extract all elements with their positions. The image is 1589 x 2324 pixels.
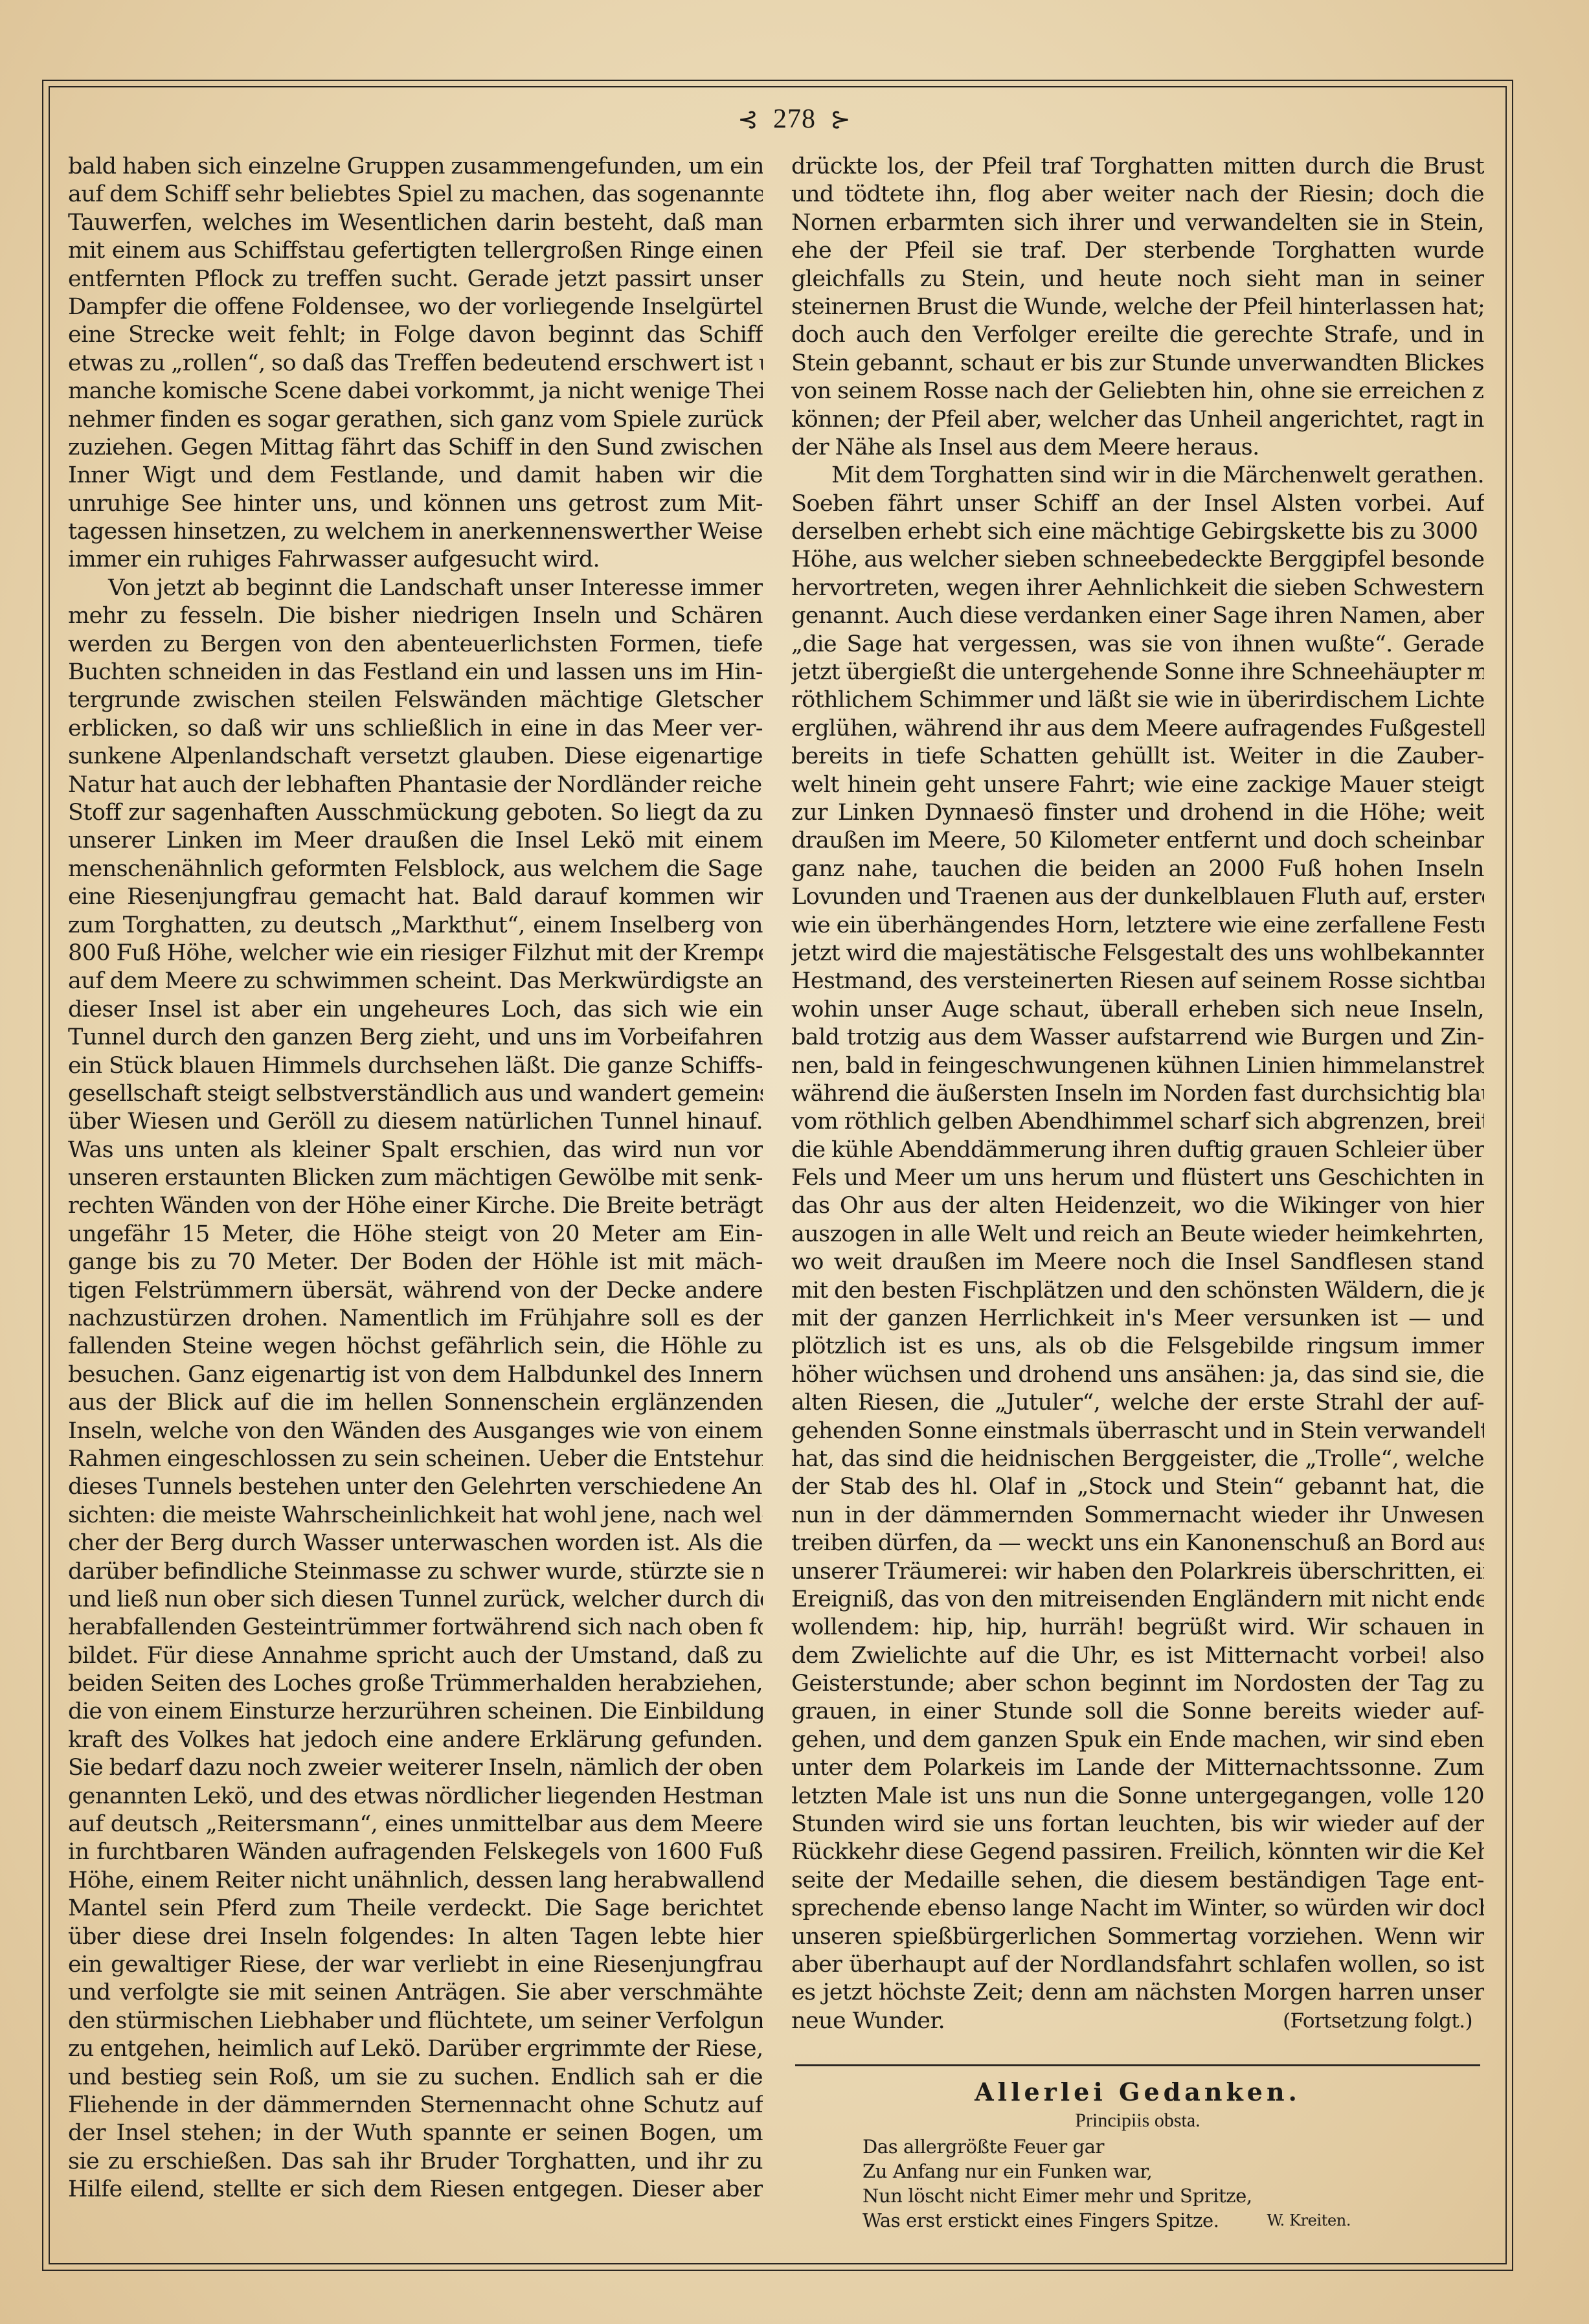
text-line: der Nähe als Insel aus dem Meere heraus. bbox=[791, 434, 1484, 462]
text-line: nun in der dämmernden Sommernacht wieder… bbox=[791, 1502, 1484, 1529]
text-line: Inseln, welche von den Wänden des Ausgan… bbox=[68, 1417, 763, 1445]
text-line: sie zu erschießen. Das sah ihr Bruder To… bbox=[68, 2148, 763, 2176]
text-line: nehmer finden es sogar gerathen, sich ga… bbox=[68, 406, 763, 434]
article-ending: neue Wunder. (Fortsetzung folgt.) bbox=[791, 2007, 1484, 2035]
text-line: bald trotzig aus dem Wasser aufstarrend … bbox=[791, 1024, 1484, 1052]
text-line: Mit dem Torghatten sind wir in die Märch… bbox=[791, 462, 1484, 490]
text-line: mit der ganzen Herrlichkeit in's Meer ve… bbox=[791, 1305, 1484, 1333]
text-line: tigen Felstrümmern übersät, während von … bbox=[68, 1277, 763, 1305]
text-line: jetzt übergießt die untergehende Sonne i… bbox=[791, 659, 1484, 686]
text-line: ganz nahe, tauchen die beiden an 2000 Fu… bbox=[791, 855, 1484, 883]
text-line: Rahmen eingeschlossen zu sein scheinen. … bbox=[68, 1445, 763, 1473]
text-line: gange bis zu 70 Meter. Der Boden der Höh… bbox=[68, 1248, 763, 1276]
final-line: neue Wunder. bbox=[791, 2007, 945, 2035]
text-line: ungefähr 15 Meter, die Höhe steigt von 2… bbox=[68, 1221, 763, 1248]
left-column: bald haben sich einzelne Gruppen zusamme… bbox=[68, 153, 763, 2204]
text-line: ein Stück blauen Himmels durchsehen läßt… bbox=[68, 1052, 763, 1080]
text-line: wo weit draußen im Meere noch die Insel … bbox=[791, 1248, 1484, 1276]
text-line: Was uns unten als kleiner Spalt erschien… bbox=[68, 1136, 763, 1164]
right-column: drückte los, der Pfeil traf Torghatten m… bbox=[791, 153, 1484, 2035]
text-line: bald haben sich einzelne Gruppen zusamme… bbox=[68, 153, 763, 181]
text-line: grauen, in einer Stunde soll die Sonne b… bbox=[791, 1698, 1484, 1726]
text-line: nen, bald in feingeschwungenen kühnen Li… bbox=[791, 1052, 1484, 1080]
text-line: unserer Linken im Meer draußen die Insel… bbox=[68, 827, 763, 855]
text-line: ehe der Pfeil sie traf. Der sterbende To… bbox=[791, 237, 1484, 265]
text-line: und ließ nun ober sich diesen Tunnel zur… bbox=[68, 1586, 763, 1614]
poem-title: Principiis obsta. bbox=[791, 2110, 1484, 2132]
text-line: Ereigniß, das von den mitreisenden Englä… bbox=[791, 1586, 1484, 1614]
text-line: Stunden wird sie uns fortan leuchten, bi… bbox=[791, 1811, 1484, 1838]
text-line: Stoff zur sagenhaften Ausschmückung gebo… bbox=[68, 799, 763, 827]
text-line: in furchtbaren Wänden aufragenden Felske… bbox=[68, 1838, 763, 1866]
ornament-right-icon: ⊱ bbox=[830, 106, 851, 133]
text-line: zuziehen. Gegen Mittag fährt das Schiff … bbox=[68, 434, 763, 462]
text-line: hat, das sind die heidnischen Berggeiste… bbox=[791, 1445, 1484, 1473]
text-line: Natur hat auch der lebhaften Phantasie d… bbox=[68, 771, 763, 799]
text-line: über Wiesen und Geröll zu diesem natürli… bbox=[68, 1108, 763, 1136]
text-line: nachzustürzen drohen. Namentlich im Früh… bbox=[68, 1305, 763, 1333]
text-line: den stürmischen Liebhaber und flüchtete,… bbox=[68, 2007, 763, 2035]
text-line: die kühle Abenddämmerung ihren duftig gr… bbox=[791, 1136, 1484, 1164]
text-line: Tunnel durch den ganzen Berg zieht, und … bbox=[68, 1024, 763, 1052]
text-line: Höhe, aus welcher sieben schneebedeckte … bbox=[791, 546, 1484, 574]
poem-line: Zu Anfang nur ein Funken war, bbox=[862, 2159, 1478, 2183]
section-heading: Allerlei Gedanken. bbox=[791, 2077, 1484, 2106]
text-line: unseren erstaunten Blicken zum mächtigen… bbox=[68, 1164, 763, 1192]
text-line: herabfallenden Gesteintrümmer fortwähren… bbox=[68, 1614, 763, 1641]
text-line: gleichfalls zu Stein, und heute noch sie… bbox=[791, 265, 1484, 293]
text-line: Höhe, einem Reiter nicht unähnlich, dess… bbox=[68, 1867, 763, 1895]
text-line: ein gewaltiger Riese, der war verliebt i… bbox=[68, 1951, 763, 1979]
text-line: menschenähnlich geformten Felsblock, aus… bbox=[68, 855, 763, 883]
text-line: fallenden Steine wegen höchst gefährlich… bbox=[68, 1333, 763, 1360]
text-line: hervortreten, wegen ihrer Aehnlichkeit d… bbox=[791, 574, 1484, 602]
text-line: unseren spießbürgerlichen Sommertag vorz… bbox=[791, 1923, 1484, 1951]
poem-line: Was erst erstickt eines Fingers Spitze. bbox=[862, 2208, 1219, 2233]
text-line: jetzt wird die majestätische Felsgestalt… bbox=[791, 940, 1484, 967]
text-line: rechten Wänden von der Höhe einer Kirche… bbox=[68, 1192, 763, 1220]
text-line: Tauwerfen, welches im Wesentlichen darin… bbox=[68, 209, 763, 237]
text-line: mit einem aus Schiffstau gefertigten tel… bbox=[68, 237, 763, 265]
text-line: letzten Male ist uns nun die Sonne unter… bbox=[791, 1783, 1484, 1811]
text-line: kraft des Volkes hat jedoch eine andere … bbox=[68, 1726, 763, 1754]
text-line: eine Riesenjungfrau gemacht hat. Bald da… bbox=[68, 883, 763, 911]
text-line: Geisterstunde; aber schon beginnt im Nor… bbox=[791, 1670, 1484, 1698]
poem-line: Das allergrößte Feuer gar bbox=[862, 2134, 1478, 2159]
text-line: höher wüchsen und drohend uns ansähen: j… bbox=[791, 1361, 1484, 1389]
text-line: der Insel stehen; in der Wuth spannte er… bbox=[68, 2119, 763, 2147]
text-line: wie ein überhängendes Horn, letztere wie… bbox=[791, 912, 1484, 940]
text-line: wollendem: hip, hip, hurräh! begrüßt wir… bbox=[791, 1614, 1484, 1641]
text-line: seite der Medaille sehen, die diesem bes… bbox=[791, 1867, 1484, 1895]
text-line: es jetzt höchste Zeit; denn am nächsten … bbox=[791, 1979, 1484, 2007]
text-line: drückte los, der Pfeil traf Torghatten m… bbox=[791, 153, 1484, 181]
text-line: vom röthlich gelben Abendhimmel scharf s… bbox=[791, 1108, 1484, 1136]
text-line: plötzlich ist es uns, als ob die Felsgeb… bbox=[791, 1333, 1484, 1360]
text-line: die von einem Einsturze herzurühren sche… bbox=[68, 1698, 763, 1726]
text-line: dieses Tunnels bestehen unter den Gelehr… bbox=[68, 1473, 763, 1501]
text-line: genannten Lekö, und des etwas nördlicher… bbox=[68, 1783, 763, 1811]
text-line: Hilfe eilend, stellte er sich dem Riesen… bbox=[68, 2176, 763, 2204]
text-line: Fels und Meer um uns herum und flüstert … bbox=[791, 1164, 1484, 1192]
text-line: Rückkehr diese Gegend passiren. Freilich… bbox=[791, 1838, 1484, 1866]
text-line: etwas zu „rollen“, so daß das Treffen be… bbox=[68, 350, 763, 378]
text-line: tagessen hinsetzen, zu welchem in anerke… bbox=[68, 518, 763, 546]
text-line: zur Linken Dynnaesö finster und drohend … bbox=[791, 799, 1484, 827]
text-line: gehenden Sonne einstmals überrascht und … bbox=[791, 1417, 1484, 1445]
text-line: „die Sage hat vergessen, was sie von ihn… bbox=[791, 631, 1484, 659]
text-line: sprechende ebenso lange Nacht im Winter,… bbox=[791, 1895, 1484, 1923]
right-column-lines: drückte los, der Pfeil traf Torghatten m… bbox=[791, 153, 1484, 2007]
poem-author: W. Kreiten. bbox=[1267, 2208, 1351, 2233]
text-line: Von jetzt ab beginnt die Landschaft unse… bbox=[68, 574, 763, 602]
text-line: beiden Seiten des Loches große Trümmerha… bbox=[68, 1670, 763, 1698]
text-line: auf dem Schiff sehr beliebtes Spiel zu m… bbox=[68, 181, 763, 209]
ornament-left-icon: ⊰ bbox=[738, 106, 759, 133]
text-line: werden zu Bergen von den abenteuerlichst… bbox=[68, 631, 763, 659]
text-line: unruhige See hinter uns, und können uns … bbox=[68, 490, 763, 518]
text-line: alten Riesen, die „Jutuler“, welche der … bbox=[791, 1389, 1484, 1417]
text-line: Buchten schneiden in das Festland ein un… bbox=[68, 659, 763, 686]
text-line: aber überhaupt auf der Nordlandsfahrt sc… bbox=[791, 1951, 1484, 1979]
text-line: dem Zwielichte auf die Uhr, es ist Mitte… bbox=[791, 1642, 1484, 1670]
section-separator bbox=[795, 2064, 1480, 2066]
text-line: unserer Träumerei: wir haben den Polarkr… bbox=[791, 1558, 1484, 1586]
text-line: eine Strecke weit fehlt; in Folge davon … bbox=[68, 321, 763, 349]
text-line: Mantel sein Pferd zum Theile verdeckt. D… bbox=[68, 1895, 763, 1923]
text-line: auszogen in alle Welt und reich an Beute… bbox=[791, 1221, 1484, 1248]
text-line: immer ein ruhiges Fahrwasser aufgesucht … bbox=[68, 546, 763, 574]
text-line: darüber befindliche Steinmasse zu schwer… bbox=[68, 1558, 763, 1586]
text-line: derselben erhebt sich eine mächtige Gebi… bbox=[791, 518, 1484, 546]
text-line: Lovunden und Traenen aus der dunkelblaue… bbox=[791, 883, 1484, 911]
text-line: Hestmand, des versteinerten Riesen auf s… bbox=[791, 967, 1484, 995]
text-line: der Stab des hl. Olaf in „Stock und Stei… bbox=[791, 1473, 1484, 1501]
text-line: mehr zu fesseln. Die bisher niedrigen In… bbox=[68, 602, 763, 630]
text-line: von seinem Rosse nach der Geliebten hin,… bbox=[791, 378, 1484, 405]
text-line: aus der Blick auf die im hellen Sonnensc… bbox=[68, 1389, 763, 1417]
text-line: Stein gebannt, schaut er bis zur Stunde … bbox=[791, 350, 1484, 378]
text-line: dieser Insel ist aber ein ungeheures Loc… bbox=[68, 996, 763, 1024]
page-header: ⊰278⊱ bbox=[0, 104, 1589, 135]
poem: Das allergrößte Feuer gar Zu Anfang nur … bbox=[862, 2134, 1478, 2233]
text-line: und bestieg sein Roß, um sie zu suchen. … bbox=[68, 2064, 763, 2092]
text-line: 800 Fuß Höhe, welcher wie ein riesiger F… bbox=[68, 940, 763, 967]
text-line: das Ohr aus der alten Heidenzeit, wo die… bbox=[791, 1192, 1484, 1220]
text-line: tergrunde zwischen steilen Felswänden mä… bbox=[68, 686, 763, 714]
text-line: Nornen erbarmten sich ihrer und verwande… bbox=[791, 209, 1484, 237]
poem-line: Nun löscht nicht Eimer mehr und Spritze, bbox=[862, 2183, 1478, 2208]
text-line: zum Torghatten, zu deutsch „Markthut“, e… bbox=[68, 912, 763, 940]
text-line: röthlichem Schimmer und läßt sie wie in … bbox=[791, 686, 1484, 714]
text-line: draußen im Meere, 50 Kilometer entfernt … bbox=[791, 827, 1484, 855]
text-line: sichten: die meiste Wahrscheinlichkeit h… bbox=[68, 1502, 763, 1529]
text-line: entfernten Pflock zu treffen sucht. Gera… bbox=[68, 265, 763, 293]
text-line: während die äußersten Inseln im Norden f… bbox=[791, 1080, 1484, 1108]
text-line: Inner Wigt und dem Festlande, und damit … bbox=[68, 462, 763, 490]
continued-note: (Fortsetzung folgt.) bbox=[1283, 2007, 1484, 2035]
text-line: Fliehende in der dämmernden Sternennacht… bbox=[68, 2092, 763, 2119]
text-line: Soeben fährt unser Schiff an der Insel A… bbox=[791, 490, 1484, 518]
text-line: mit den besten Fischplätzen und den schö… bbox=[791, 1277, 1484, 1305]
text-line: unter dem Polarkeis im Lande der Mittern… bbox=[791, 1754, 1484, 1782]
text-line: gesellschaft steigt selbstverständlich a… bbox=[68, 1080, 763, 1108]
text-line: gehen, und dem ganzen Spuk ein Ende mach… bbox=[791, 1726, 1484, 1754]
poem-line-last: Was erst erstickt eines Fingers Spitze. … bbox=[862, 2208, 1478, 2233]
text-line: steinernen Brust die Wunde, welche der P… bbox=[791, 293, 1484, 321]
text-line: doch auch den Verfolger ereilte die gere… bbox=[791, 321, 1484, 349]
text-line: manche komische Scene dabei vorkommt, ja… bbox=[68, 378, 763, 405]
text-line: welt hinein geht unsere Fahrt; wie eine … bbox=[791, 771, 1484, 799]
text-line: und verfolgte sie mit seinen Anträgen. S… bbox=[68, 1979, 763, 2007]
text-line: besuchen. Ganz eigenartig ist von dem Ha… bbox=[68, 1361, 763, 1389]
text-line: bereits in tiefe Schatten gehüllt ist. W… bbox=[791, 743, 1484, 771]
text-line: erblicken, so daß wir uns schließlich in… bbox=[68, 715, 763, 743]
text-line: cher der Berg durch Wasser unterwaschen … bbox=[68, 1529, 763, 1557]
text-line: zu entgehen, heimlich auf Lekö. Darüber … bbox=[68, 2035, 763, 2063]
text-line: genannt. Auch diese verdanken einer Sage… bbox=[791, 602, 1484, 630]
text-line: auf dem Meere zu schwimmen scheint. Das … bbox=[68, 967, 763, 995]
text-line: erglühen, während ihr aus dem Meere aufr… bbox=[791, 715, 1484, 743]
text-line: Dampfer die offene Foldensee, wo der vor… bbox=[68, 293, 763, 321]
text-line: Sie bedarf dazu noch zweier weiterer Ins… bbox=[68, 1754, 763, 1782]
text-line: können; der Pfeil aber, welcher das Unhe… bbox=[791, 406, 1484, 434]
text-line: und tödtete ihn, flog aber weiter nach d… bbox=[791, 181, 1484, 209]
text-line: bildet. Für diese Annahme spricht auch d… bbox=[68, 1642, 763, 1670]
text-line: sunkene Alpenlandschaft versetzt glauben… bbox=[68, 743, 763, 771]
text-line: wohin unser Auge schaut, überall erheben… bbox=[791, 996, 1484, 1024]
text-line: treiben dürfen, da — weckt uns ein Kanon… bbox=[791, 1529, 1484, 1557]
text-line: auf deutsch „Reitersmann“, eines unmitte… bbox=[68, 1811, 763, 1838]
text-line: über diese drei Inseln folgendes: In alt… bbox=[68, 1923, 763, 1951]
page-number: 278 bbox=[773, 104, 816, 134]
